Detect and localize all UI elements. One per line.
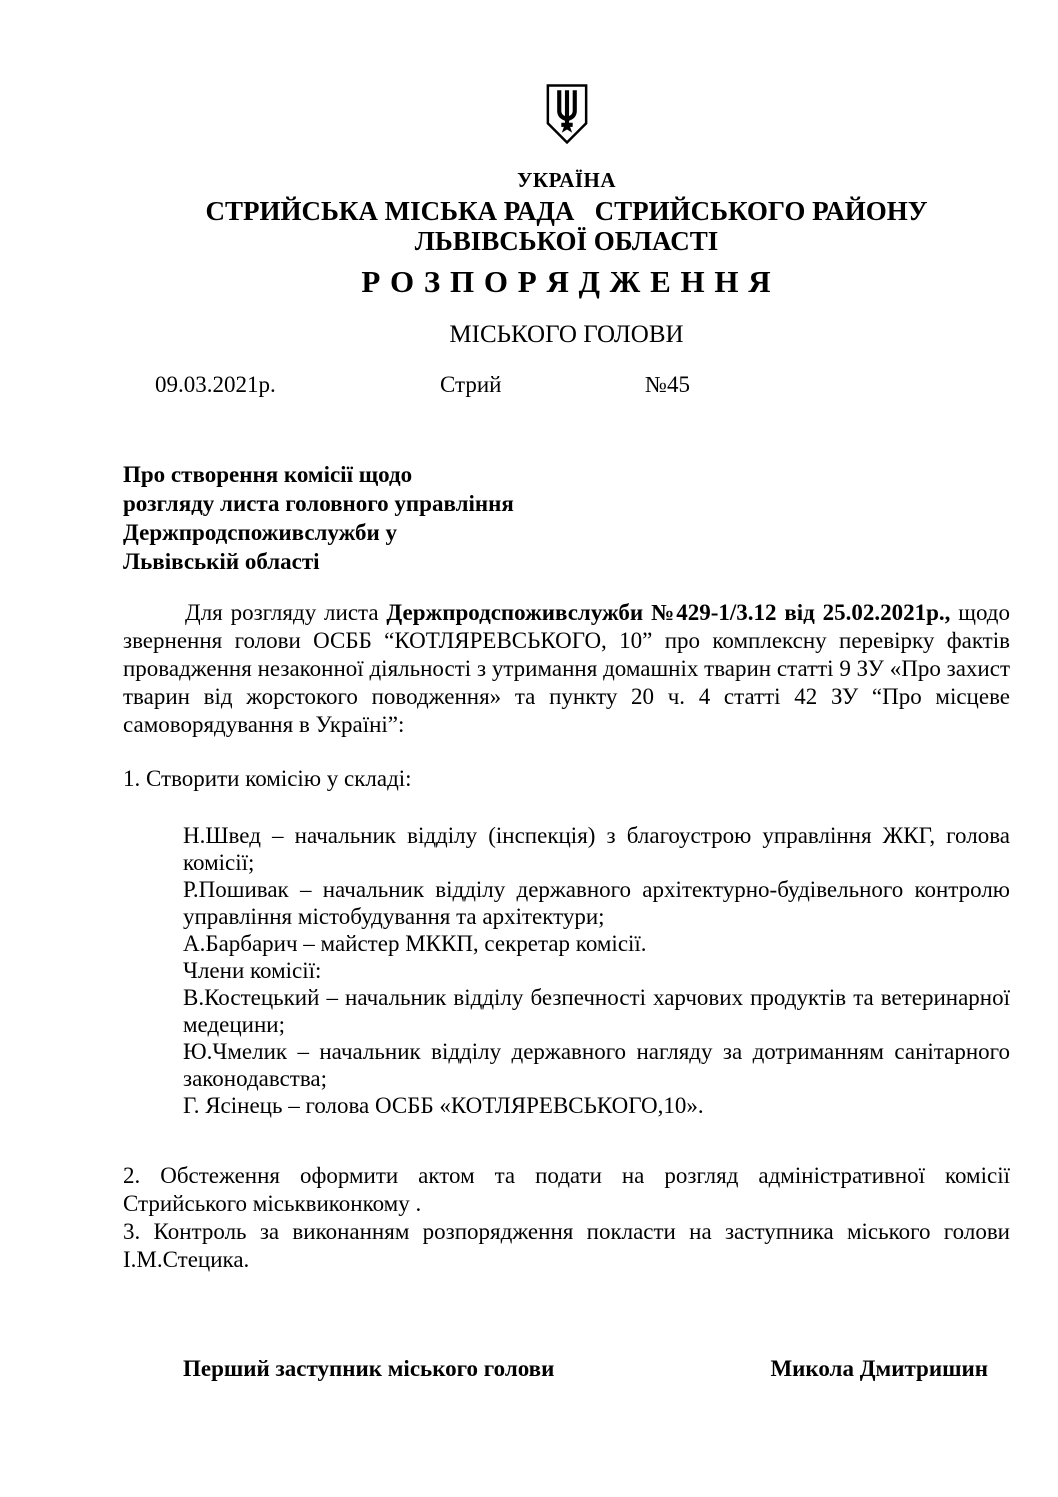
document-city: Стрий <box>440 370 502 400</box>
signature-row: Перший заступник міського голови Микола … <box>123 1355 1010 1383</box>
document-date: 09.03.2021р. <box>155 370 276 400</box>
coat-of-arms <box>123 84 1010 144</box>
council-name-line2: ЛЬВІВСЬКОЇ ОБЛАСТІ <box>123 226 1010 256</box>
commission-member-3: А.Барбарич – майстер МККП, секретар комі… <box>183 930 1010 957</box>
council-name-line1: СТРИЙСЬКА МІСЬКА РАДА СТРИЙСЬКОГО РАЙОНУ <box>123 196 1010 226</box>
intro-text-start: Для розгляду листа <box>185 600 386 625</box>
commission-list: Н.Швед – начальник відділу (інспекція) з… <box>183 822 1010 1119</box>
point-1-heading: 1. Створити комісію у складі: <box>123 765 1010 793</box>
document-subtype-heading: МІСЬКОГО ГОЛОВИ <box>123 320 1010 350</box>
signature-name: Микола Дмитришин <box>770 1355 988 1383</box>
point-3-paragraph: 3. Контроль за виконанням розпорядження … <box>123 1218 1010 1274</box>
signature-position: Перший заступник міського голови <box>183 1355 554 1383</box>
subject-line-4: Львівській області <box>123 547 1010 576</box>
subject-line-2: розгляду листа головного управління <box>123 489 1010 518</box>
subject-line-3: Держпродспоживслужби у <box>123 518 1010 547</box>
points-block: 2. Обстеження оформити актом та подати н… <box>123 1162 1010 1274</box>
subject-block: Про створення комісії щодо розгляду лист… <box>123 460 1010 576</box>
commission-member-2: Р.Пошивак – начальник відділу державного… <box>183 876 1010 930</box>
subject-line-1: Про створення комісії щодо <box>123 460 1010 489</box>
point-2-paragraph: 2. Обстеження оформити актом та подати н… <box>123 1162 1010 1218</box>
commission-member-1: Н.Швед – начальник відділу (інспекція) з… <box>183 822 1010 876</box>
document-page: УКРАЇНА СТРИЙСЬКА МІСЬКА РАДА СТРИЙСЬКОГ… <box>0 0 1058 1497</box>
commission-member-6: Г. Ясінець – голова ОСББ «КОТЛЯРЕВСЬКОГО… <box>183 1092 1010 1119</box>
commission-member-5: Ю.Чмелик – начальник відділу державного … <box>183 1038 1010 1092</box>
document-number: №45 <box>645 370 690 400</box>
document-type-heading: Р О З П О Р Я Д Ж Е Н Н Я <box>123 264 1010 300</box>
country-name: УКРАЇНА <box>123 168 1010 192</box>
commission-members-label: Члени комісії: <box>183 957 1010 984</box>
trident-shield-icon <box>546 84 588 144</box>
intro-text-bold: Держпродспоживслужби №429-1/3.12 від 25.… <box>386 600 950 625</box>
intro-paragraph: Для розгляду листа Держпродспоживслужби … <box>123 599 1010 739</box>
date-line: 09.03.2021р. Стрий №45 <box>123 370 1010 400</box>
commission-member-4: В.Костецький – начальник відділу безпечн… <box>183 984 1010 1038</box>
